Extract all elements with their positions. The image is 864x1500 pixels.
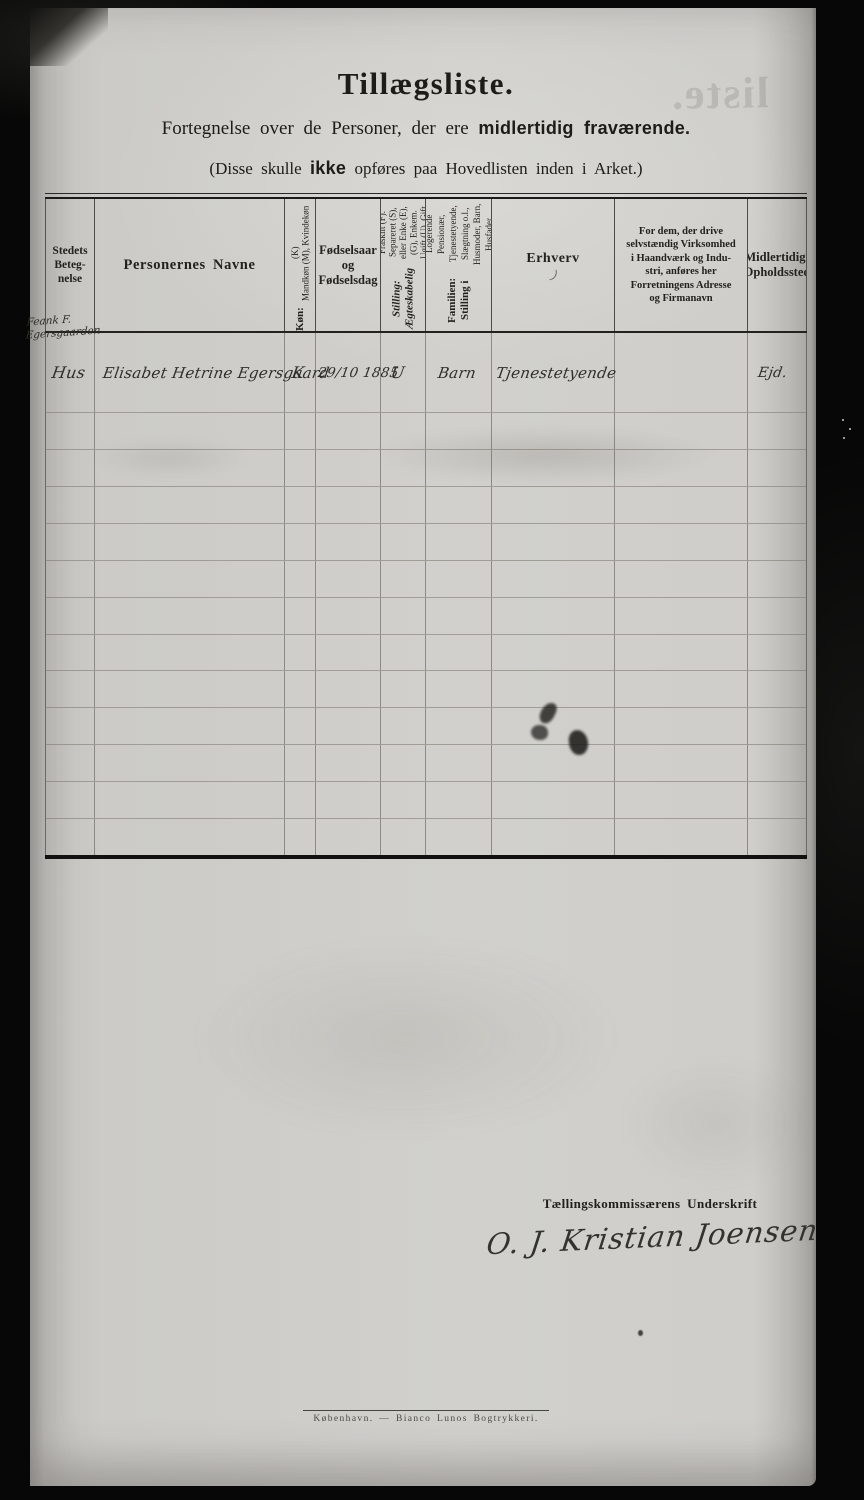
- header-stilling-sub: Husfader, Husmoder, Barn, Slægtning o.l.…: [425, 199, 491, 269]
- entry-kon: K: [283, 363, 305, 382]
- page-subtitle: Fortegnelse over de Personer, der ere mi…: [45, 118, 807, 140]
- entry-erhverv: Tjenestetyende: [491, 364, 618, 382]
- table-row-empty: [46, 670, 806, 707]
- header-kon: Køn:Mandkøn (M), Kvindekøn (K): [284, 199, 315, 331]
- printer-imprint: København. — Bianco Lunos Bogtrykkeri.: [303, 1410, 548, 1424]
- census-table: Stedets Beteg- nelse Personernes Navne K…: [45, 193, 807, 859]
- margin-annotation: Feank F. Egersgaarden: [25, 311, 102, 342]
- table-row-empty: [46, 523, 806, 560]
- ink-blot: [531, 725, 548, 740]
- header-erhverv: Erhverv: [491, 199, 614, 331]
- signature-handwriting: O. J. Kristian Joensen: [478, 1212, 827, 1261]
- header-midlertidigt-opholdssted: Midlertidigt Opholdssted: [747, 199, 806, 331]
- table-row-empty: [46, 781, 806, 818]
- paper-stain: [620, 1058, 810, 1188]
- table-row-empty: [46, 449, 806, 486]
- entry-aegteskabelig: U: [379, 363, 406, 382]
- table-row-empty: [46, 744, 806, 781]
- page-title: Tillægsliste.: [45, 66, 807, 102]
- note-emphasis: ikke: [310, 158, 346, 178]
- header-stedets-betegnelse: Stedets Beteg- nelse: [46, 199, 94, 331]
- paper-stain: [190, 938, 620, 1138]
- table-row-empty: [46, 707, 806, 744]
- table-row-empty: [46, 597, 806, 634]
- note-text-prefix: (Disse skulle: [209, 159, 310, 178]
- table-row-empty: [46, 818, 806, 855]
- table-body: Hus Elisabet Hetrine Egersgaard K 29/10 …: [45, 333, 807, 855]
- table-header-row: Stedets Beteg- nelse Personernes Navne K…: [45, 199, 807, 331]
- entry-stilling-familie: Barn: [425, 364, 478, 382]
- header-stilling-title: Stilling i Familien:: [446, 269, 472, 331]
- scanned-page-background: liste. Tillægsliste. Fortegnelse over de…: [0, 0, 864, 1500]
- header-kon-sub: Mandkøn (M), Kvindekøn (K): [290, 199, 311, 307]
- page-curl-shadow: [30, 8, 108, 66]
- header-erhverv-label: Erhverv: [526, 251, 579, 267]
- printer-imprint-block: København. — Bianco Lunos Bogtrykkeri.: [45, 1408, 807, 1426]
- table-row-empty: [46, 412, 806, 449]
- header-kon-title: Køn:: [294, 307, 307, 331]
- table-row-empty: [46, 560, 806, 597]
- ink-dot: [638, 1330, 643, 1336]
- header-fodselsaar: Fødselsaar og Fødselsdag: [315, 199, 380, 331]
- scan-speck: [842, 419, 844, 421]
- table-row-empty: [46, 634, 806, 671]
- page-note: (Disse skulle ikke opføres paa Hovedlist…: [45, 158, 807, 179]
- header-stilling-i-familien: Stilling i Familien:Husfader, Husmoder, …: [425, 199, 491, 331]
- subtitle-emphasis: midlertidig fraværende.: [478, 118, 690, 138]
- header-aegteskabelig-sub: Ugift (U), Gift (G), Enkem. eller Enke (…: [380, 199, 425, 266]
- table-row-entry: Hus Elisabet Hetrine Egersgaard K 29/10 …: [46, 333, 806, 412]
- paper-sheet: liste. Tillægsliste. Fortegnelse over de…: [30, 8, 816, 1486]
- entry-sted: Hus: [44, 363, 86, 382]
- scan-speck: [843, 437, 845, 439]
- note-text-suffix: opføres paa Hovedlisten inden i Arket.): [346, 159, 642, 178]
- header-personernes-navne: Personernes Navne: [94, 199, 284, 331]
- header-aegteskabelig-stilling: Ægteskabelig Stilling:Ugift (U), Gift (G…: [380, 199, 425, 331]
- entry-opholdssted: Ejd.: [747, 365, 789, 381]
- scan-speck: [849, 428, 851, 430]
- signature-label: Tællingskommissærens Underskrift: [485, 1196, 815, 1212]
- pen-mark: [547, 270, 559, 281]
- table-bottom-rule: [45, 855, 807, 859]
- header-aegteskabelig-title: Ægteskabelig Stilling:: [390, 266, 416, 331]
- header-virksomhed: For dem, der drive selvstændig Virksomhe…: [614, 199, 747, 331]
- subtitle-text: Fortegnelse over de Personer, der ere: [162, 118, 479, 139]
- table-row-empty: [46, 486, 806, 523]
